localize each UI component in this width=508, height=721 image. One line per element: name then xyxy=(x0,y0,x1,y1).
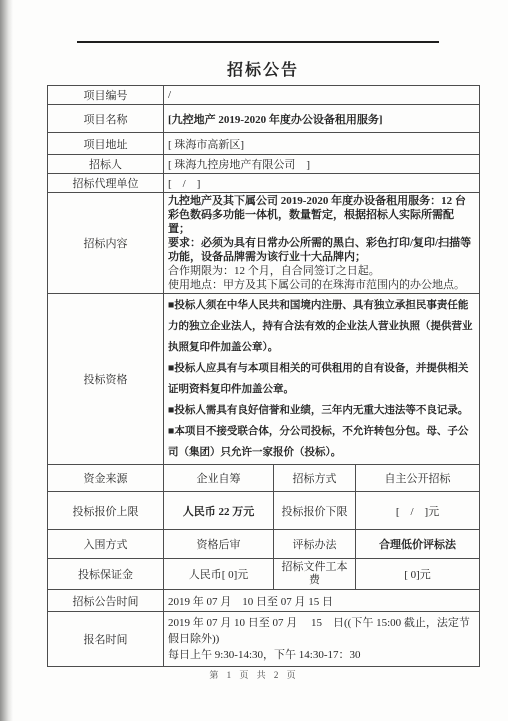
tender-method-value: 自主公开招标 xyxy=(356,465,480,492)
price-floor-label: 投标报价下限 xyxy=(274,492,356,530)
tender-method-label: 招标方式 xyxy=(274,465,356,492)
table-row: 招标公告时间 2019 年 07 月 10 日至 07 月 15 日 xyxy=(48,590,480,612)
qualification-item: ■本项目不接受联合体，分公司投标，不允许转包分包。母、子公司（集团）只允许一家报… xyxy=(168,421,475,463)
price-floor-value: [ / ]元 xyxy=(356,492,480,530)
tenderer-label: 招标人 xyxy=(48,155,164,174)
tender-content-label: 招标内容 xyxy=(48,193,164,294)
bid-deposit-value: 人民币[ 0]元 xyxy=(164,559,274,590)
evaluation-method-label: 评标办法 xyxy=(274,530,356,559)
scan-page-edge xyxy=(0,0,13,721)
agency-value: [ / ] xyxy=(164,174,480,193)
document-fee-label: 招标文件工本费 xyxy=(274,559,356,590)
content-paragraph: 使用地点：甲方及其下属公司的在珠海市范围内的办公地点。 xyxy=(168,278,475,292)
table-row: 招标人 [ 珠海九控房地产有限公司 ] xyxy=(48,155,480,174)
table-row: 招标内容 九控地产及其下属公司 2019-2020 年度办设备租用服务：12 台… xyxy=(48,193,480,294)
bid-deposit-label: 投标保证金 xyxy=(48,559,164,590)
signup-time-label: 报名时间 xyxy=(48,612,164,667)
document-fee-value: [ 0]元 xyxy=(356,559,480,590)
price-cap-label: 投标报价上限 xyxy=(48,492,164,530)
project-number-label: 项目编号 xyxy=(48,86,164,105)
content-paragraph: 九控地产及其下属公司 2019-2020 年度办设备租用服务：12 台彩色数码多… xyxy=(168,194,475,236)
table-row: 投标保证金 人民币[ 0]元 招标文件工本费 [ 0]元 xyxy=(48,559,480,590)
table-row: 项目地址 [ 珠海市高新区] xyxy=(48,133,480,155)
tenderer-value: [ 珠海九控房地产有限公司 ] xyxy=(164,155,480,174)
signup-time-value: 2019 年 07 月 10 日至 07 月 15 日((下午 15:00 截止… xyxy=(164,612,480,667)
shortlist-method-value: 资格后审 xyxy=(164,530,274,559)
table-row: 报名时间 2019 年 07 月 10 日至 07 月 15 日((下午 15:… xyxy=(48,612,480,667)
table-row: 项目编号 / xyxy=(48,86,480,105)
table-row: 投标报价上限 人民币 22 万元 投标报价下限 [ / ]元 xyxy=(48,492,480,530)
announcement-time-value: 2019 年 07 月 10 日至 07 月 15 日 xyxy=(164,590,480,612)
qualification-item: ■投标人需具有良好信誉和业绩，三年内无重大违法等不良记录。 xyxy=(168,400,475,421)
bidder-qualification-label: 投标资格 xyxy=(48,294,164,465)
table-row: 资金来源 企业自筹 招标方式 自主公开招标 xyxy=(48,465,480,492)
signup-time-line: 每日上午 9:30-14:30，下午 14:30-17：30 xyxy=(168,647,475,663)
page-number: 第 1 页 共 2 页 xyxy=(0,668,508,681)
funding-source-label: 资金来源 xyxy=(48,465,164,492)
shortlist-method-label: 入围方式 xyxy=(48,530,164,559)
price-cap-value: 人民币 22 万元 xyxy=(164,492,274,530)
table-row: 招标代理单位 [ / ] xyxy=(48,174,480,193)
project-address-label: 项目地址 xyxy=(48,133,164,155)
page-title: 招标公告 xyxy=(47,57,479,80)
project-address-value: [ 珠海市高新区] xyxy=(164,133,480,155)
announcement-time-label: 招标公告时间 xyxy=(48,590,164,612)
agency-label: 招标代理单位 xyxy=(48,174,164,193)
content-paragraph: 合作期限为：12 个月，自合同签订之日起。 xyxy=(168,264,475,278)
tender-content-value: 九控地产及其下属公司 2019-2020 年度办设备租用服务：12 台彩色数码多… xyxy=(164,193,480,294)
qualification-item: ■投标人应具有与本项目相关的可供租用的自有设备，并提供相关证明资料复印件加盖公章… xyxy=(168,358,475,400)
project-name-label: 项目名称 xyxy=(48,105,164,133)
bidder-qualification-value: ■投标人须在中华人民共和国境内注册、具有独立承担民事责任能力的独立企业法人，持有… xyxy=(164,294,480,465)
content-paragraph: 要求：必须为具有日常办公所需的黑白、彩色打印/复印/扫描等功能，设备品牌需为该行… xyxy=(168,236,475,264)
table-row: 项目名称 [九控地产 2019-2020 年度办公设备租用服务] xyxy=(48,105,480,133)
qualification-item: ■投标人须在中华人民共和国境内注册、具有独立承担民事责任能力的独立企业法人，持有… xyxy=(168,295,475,358)
project-name-value: [九控地产 2019-2020 年度办公设备租用服务] xyxy=(164,105,480,133)
table-row: 投标资格 ■投标人须在中华人民共和国境内注册、具有独立承担民事责任能力的独立企业… xyxy=(48,294,480,465)
evaluation-method-value: 合理低价评标法 xyxy=(356,530,480,559)
table-row: 入围方式 资格后审 评标办法 合理低价评标法 xyxy=(48,530,480,559)
funding-source-value: 企业自筹 xyxy=(164,465,274,492)
tender-notice-table: 项目编号 / 项目名称 [九控地产 2019-2020 年度办公设备租用服务] … xyxy=(47,85,480,667)
header-rule xyxy=(77,41,439,43)
project-number-value: / xyxy=(164,86,480,105)
signup-time-line: 2019 年 07 月 10 日至 07 月 15 日((下午 15:00 截止… xyxy=(168,615,475,647)
